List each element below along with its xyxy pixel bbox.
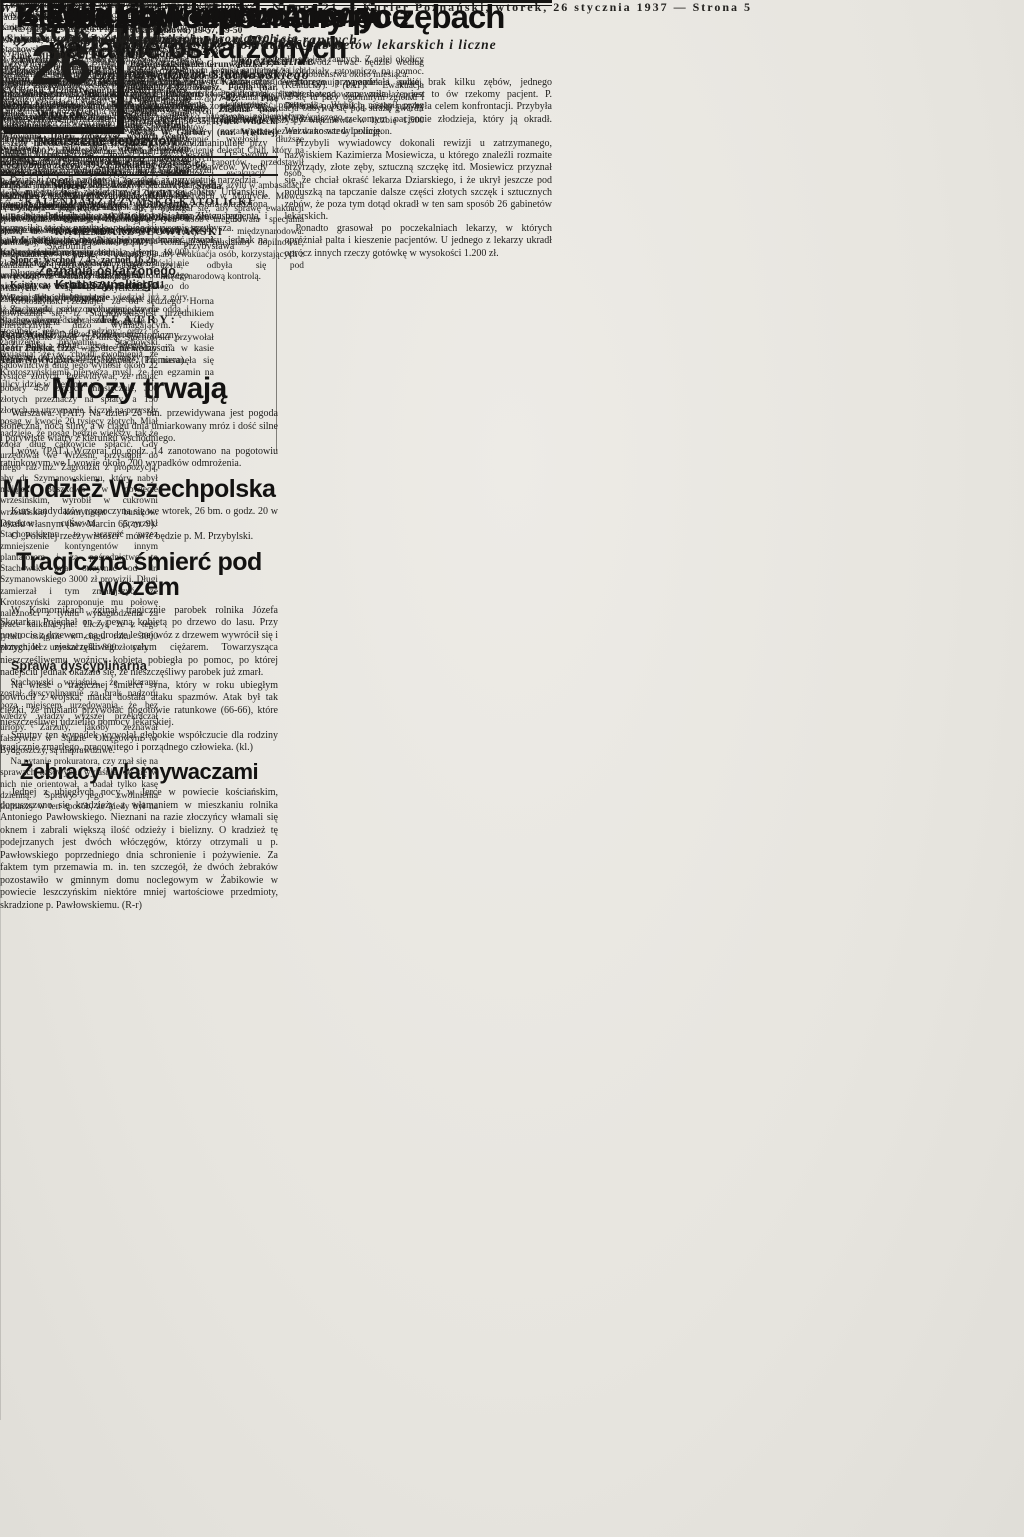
newspaper-page: Numer 21 — Kurier Poznański, wtorek, 26 … [0, 0, 1024, 1537]
article-league-subtitle: Sprawa uchodźców hiszpańskich, chroniący… [0, 31, 304, 61]
article-league: Z Rady Ligi Narodów Sprawa uchodźców his… [0, 0, 304, 416]
article-league-title: Z Rady Ligi Narodów [0, 0, 304, 27]
article-league-body: Genewa. (PAT.) Rada Ligi Narodów na posi… [0, 66, 304, 416]
thief-col2: którego przypominała sobie brak kilku zę… [276, 77, 553, 451]
league-col2: członkom komisji sanitarnej za ich pracę… [152, 66, 305, 416]
judge-section-disciplinary: Sprawa dyscyplinarna [0, 660, 158, 674]
judge-col1-part2: Stachowski wyjaśnia, że ukarany został d… [0, 678, 158, 812]
league-col1: Genewa. (PAT.) Rada Ligi Narodów na posi… [0, 66, 152, 416]
